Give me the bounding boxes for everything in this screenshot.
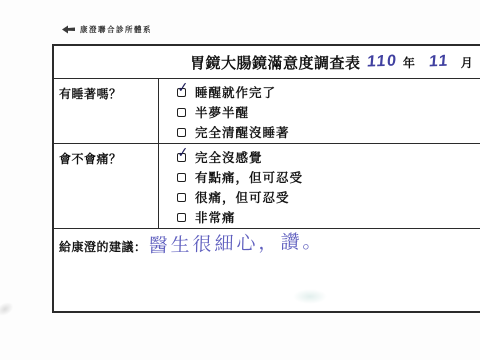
clinic-logo-text: 康澄聯合診所體系	[80, 24, 152, 35]
scan-smudge	[0, 299, 16, 318]
checkbox-icon: ✓	[177, 108, 186, 117]
option-row: ✓ 完全清醒沒睡著	[177, 122, 480, 142]
option-row: ✓ 非常痛	[177, 207, 480, 227]
option-label: 很痛，但可忍受	[195, 188, 290, 206]
clinic-logo: 康澄聯合診所體系	[62, 24, 152, 35]
date-year-label: 年	[403, 54, 415, 71]
checkbox-icon: ✓	[177, 88, 186, 97]
option-row: ✓ 有點痛，但可忍受	[177, 167, 480, 187]
date-year-handwritten: 110	[366, 52, 398, 71]
suggestion-label: 給康澄的建議：	[59, 235, 147, 255]
suggestion-row: 給康澄的建議： 醫生很細心，讚。	[54, 229, 480, 311]
option-label: 完全清醒沒睡著	[195, 123, 290, 141]
title-row: 胃鏡大腸鏡滿意度調查表 110 年 11 月 19 日	[54, 46, 480, 79]
suggestion-handwriting: 醫生很細心，讚。	[148, 226, 325, 258]
date-month-label: 月	[461, 54, 473, 71]
question-row-pain: 會不會痛？ ✓ 完全沒感覺 ✓ 有點痛，但可忍受 ✓ 很痛，但可忍受 ✓ 非常痛	[54, 144, 480, 229]
option-label: 完全沒感覺	[195, 148, 263, 166]
options-cell: ✓ 完全沒感覺 ✓ 有點痛，但可忍受 ✓ 很痛，但可忍受 ✓ 非常痛	[159, 144, 480, 228]
checkbox-icon: ✓	[177, 173, 186, 182]
checkmark-icon: ✓	[176, 144, 189, 159]
option-label: 睡醒就作完了	[195, 83, 276, 101]
question-row-sleep: 有睡著嗎？ ✓ 睡醒就作完了 ✓ 半夢半醒 ✓ 完全清醒沒睡著	[54, 79, 480, 144]
options-cell: ✓ 睡醒就作完了 ✓ 半夢半醒 ✓ 完全清醒沒睡著	[159, 79, 480, 143]
checkbox-icon: ✓	[177, 128, 186, 137]
option-row: ✓ 很痛，但可忍受	[177, 187, 480, 207]
checkbox-icon: ✓	[177, 153, 186, 162]
swoosh-icon	[62, 25, 76, 34]
option-label: 非常痛	[195, 208, 236, 226]
option-label: 半夢半醒	[195, 103, 249, 121]
option-row: ✓ 睡醒就作完了	[177, 82, 480, 102]
option-label: 有點痛，但可忍受	[195, 168, 303, 186]
survey-table: 胃鏡大腸鏡滿意度調查表 110 年 11 月 19 日 有睡著嗎？ ✓ 睡醒就作…	[52, 44, 480, 313]
option-row: ✓ 完全沒感覺	[177, 147, 480, 167]
option-row: ✓ 半夢半醒	[177, 102, 480, 122]
form-title: 胃鏡大腸鏡滿意度調查表	[190, 52, 361, 73]
checkmark-icon: ✓	[176, 79, 189, 94]
checkbox-icon: ✓	[177, 193, 186, 202]
checkbox-icon: ✓	[177, 213, 186, 222]
date-month-handwritten: 11	[428, 53, 450, 72]
question-label: 有睡著嗎？	[54, 79, 159, 143]
question-label: 會不會痛？	[54, 144, 159, 228]
scanned-survey-page: { "colors": { "paper": "#fdfdfd", "print…	[0, 0, 480, 360]
